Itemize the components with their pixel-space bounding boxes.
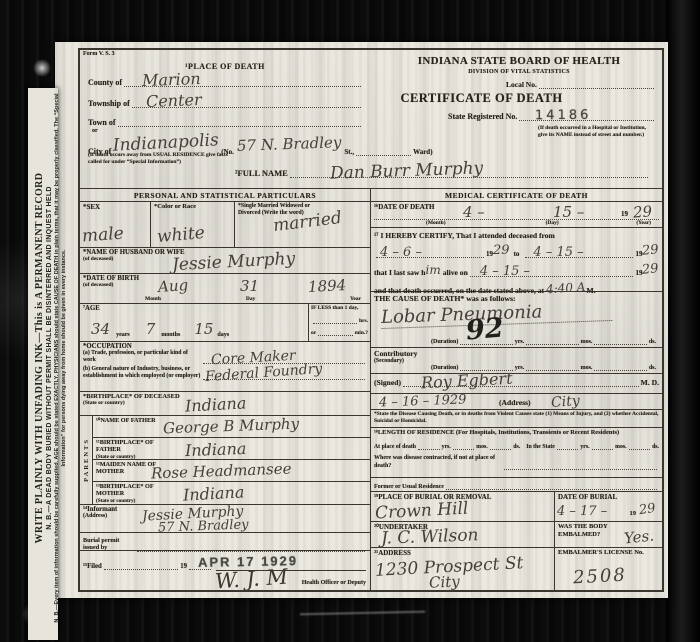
institution-note: (If death occurred in a Hospital or Inst…	[538, 125, 656, 139]
division-title: DIVISION OF VITAL STATISTICS	[378, 69, 660, 75]
duration-yrs: yrs.	[515, 339, 525, 345]
ward-label: Ward)	[413, 148, 432, 156]
attended-from-dots: 4 – 6 –	[376, 248, 484, 258]
days-label: days	[217, 332, 229, 338]
res-dots1	[418, 440, 440, 450]
father-value: George B Murphy	[163, 415, 300, 438]
township-value: Center	[145, 90, 201, 111]
county-label: County of	[88, 78, 122, 87]
state-yrs: yrs.	[580, 444, 589, 450]
place-of-death-title: ¹PLACE OF DEATH	[105, 62, 345, 71]
medical-title: MEDICAL CERTIFICATE OF DEATH	[371, 189, 662, 202]
to-label: to	[514, 250, 520, 258]
occupation-row: *OCCUPATION (a) Trade, profession, or pa…	[80, 342, 370, 392]
last-saw-fill: im	[425, 263, 440, 277]
if-less-cell: IF LESS than 1 day, hrs. or min.?	[308, 304, 370, 341]
former-dots	[446, 480, 657, 490]
former-label: Former or Usual Residence	[374, 484, 444, 490]
filed-line: ¹⁵Filed 19	[83, 560, 213, 570]
dod-sublabels: (Month) (Day) (Year)	[374, 219, 659, 226]
dob-sublabels: Month Day Year	[83, 296, 367, 302]
md-label: M. D.	[641, 378, 659, 387]
footnote-row: *State the Disease Causing Death, or in …	[371, 410, 662, 428]
occupation-b-label: (b) General nature of Industry, business…	[83, 366, 201, 380]
county-line: Marion	[124, 77, 361, 87]
attended-to-value: 4 – 15 –	[533, 245, 583, 260]
microfilm-right-edge	[666, 0, 700, 642]
township-row: Township of Center	[88, 98, 363, 108]
contrib-ds: ds.	[649, 365, 656, 371]
attended-from-value: 4 – 6 –	[380, 245, 422, 260]
signed-dots: Roy Egbert	[403, 377, 639, 387]
age-months-value: 7	[146, 320, 156, 338]
medical-column: MEDICAL CERTIFICATE OF DEATH ¹⁶DATE OF D…	[371, 189, 662, 592]
mother-value: Rose Headmansee	[151, 460, 292, 483]
res-dots5	[592, 440, 614, 450]
res-dots2	[453, 440, 475, 450]
res-dots6	[629, 440, 651, 450]
township-line: Center	[132, 98, 361, 108]
residence-label: ¹⁸LENGTH OF RESIDENCE (For Hospitals, In…	[374, 429, 659, 437]
or-label: or	[311, 330, 316, 336]
date-of-death-row: ¹⁶DATE OF DEATH 4 – 15 – 19 29 (Month) (…	[371, 202, 662, 228]
occupation-a-line: (a) Trade, profession, or particular kin…	[83, 350, 367, 364]
license-cell: EMBALMER'S LICENSE No. 2508	[554, 548, 662, 590]
license-label: EMBALMER'S LICENSE No.	[558, 549, 659, 557]
state-registered-line: 14186	[519, 111, 654, 121]
embalmed-value: Yes.	[623, 526, 655, 547]
duration-dots2	[526, 335, 578, 345]
street-value: 57 N. Bradley	[237, 133, 342, 155]
age-days-value: 15	[194, 320, 213, 338]
father-label: ¹⁰NAME OF FATHER	[96, 417, 158, 424]
dod-day-label: (Day)	[546, 220, 559, 226]
dob-row: *DATE OF BIRTH (of deceased) Aug 31 1894…	[80, 274, 370, 304]
in-state-label: In the State	[526, 444, 555, 450]
occupation-b-dots: Federal Foundry	[203, 370, 365, 380]
race-cell: *Color or Race white	[150, 202, 234, 247]
age-row: ⁷AGE 34 years 7 months 15 days IF LESS t…	[80, 304, 370, 342]
residence-duration-line: At place of death yrs. mos. ds. In the S…	[374, 440, 659, 450]
personal-title: PERSONAL AND STATISTICAL PARTICULARS	[80, 189, 370, 202]
burial-date-value: 4 – 17 –	[557, 504, 607, 519]
dod-month-label: (Month)	[426, 220, 446, 226]
res-mos: mos.	[476, 444, 487, 450]
contributory-row: Contributory (Secondary) (Duration) yrs.…	[371, 348, 662, 374]
father-birthplace-value: Indiana	[185, 439, 247, 460]
contrib-duration-label: (Duration)	[431, 365, 458, 371]
undertaker-cell: ²⁰UNDERTAKER J. C. Wilson	[371, 522, 554, 547]
town-label: Town of	[88, 118, 116, 127]
if-less-label: IF LESS than 1 day,	[311, 305, 368, 312]
state-mos: mos.	[615, 444, 626, 450]
embalmed-cell: WAS THE BODY EMBALMED? Yes.	[554, 522, 662, 547]
contributory-label: Contributory	[374, 349, 659, 358]
duration-mos: mos.	[581, 339, 593, 345]
year-label: Year	[350, 296, 361, 302]
physician-signature: Roy Egbert	[421, 369, 513, 393]
undertaker-address2-value: City	[429, 572, 461, 592]
res-dots4	[557, 440, 579, 450]
father-birthplace-row: ¹¹BIRTHPLACE* OF FATHER (State or countr…	[93, 438, 370, 460]
full-name-line: Dan Burr Murphy	[290, 168, 648, 178]
hrs-dots	[313, 314, 357, 324]
signed-label: (Signed)	[374, 378, 401, 387]
margin-warning-line2: N. B.—A DEAD BODY BURIED WITHOUT PERMIT …	[46, 88, 53, 628]
min-line: or min.?	[311, 326, 368, 336]
min-label: min.?	[355, 330, 368, 336]
burial-date-cell: DATE OF BURIAL 4 – 17 – 19 29	[554, 492, 662, 521]
age-values-line: 34 years 7 months 15 days	[83, 320, 305, 338]
duration-dots1	[460, 335, 512, 345]
margin-warning-line1: WRITE PLAINLY WITH UNFADING INK—This is …	[34, 88, 45, 628]
board-block: INDIANA STATE BOARD OF HEALTH DIVISION O…	[378, 55, 660, 139]
local-no-label: Local No.	[506, 80, 537, 89]
sex-value: male	[81, 224, 124, 247]
contrib-mos: mos.	[581, 365, 593, 371]
mother-row: ¹²MAIDEN NAME OF MOTHER Rose Headmansee	[93, 460, 370, 482]
full-name-label: ²FULL NAME	[235, 168, 288, 178]
signed-line: (Signed) Roy Egbert M. D.	[374, 377, 659, 387]
film-scratch	[300, 611, 425, 616]
sex-label: *SEX	[83, 203, 147, 211]
local-no-line	[539, 79, 654, 89]
race-value: white	[156, 223, 205, 247]
alive-on-label: alive on	[443, 268, 468, 277]
state-registered-row: State Registered No. 14186	[448, 111, 656, 121]
full-name-row: ²FULL NAME Dan Burr Murphy	[235, 168, 650, 178]
alive-dots: 4 – 15 –	[470, 267, 634, 277]
contracted-line: Where was disease contracted, if not at …	[374, 455, 659, 470]
sign-address-value: City	[550, 393, 580, 411]
birthplace-value: Indiana	[185, 393, 247, 415]
filed-row: ¹⁵Filed 19 APR 17 1929 W. J. M Health Of…	[80, 551, 370, 592]
burial-19: 19	[630, 510, 637, 517]
county-value: Marion	[142, 69, 201, 90]
parents-side-label: PARENTS	[80, 416, 93, 504]
cause-of-death-row: THE CAUSE OF DEATH* was as follows: Loba…	[371, 292, 662, 348]
date-of-death-label: ¹⁶DATE OF DEATH	[374, 203, 659, 211]
embalmed-label: WAS THE BODY EMBALMED?	[558, 523, 618, 539]
day-label: Day	[246, 296, 255, 302]
burial-year-value: 29	[638, 501, 656, 518]
occupation-a-label: (a) Trade, profession, or particular kin…	[83, 350, 201, 364]
usual-residence-note: (If death occurs away from USUAL RESIDEN…	[88, 152, 230, 166]
attended-from-19: 19	[486, 250, 493, 258]
min-dots	[318, 326, 353, 336]
town-line	[118, 117, 362, 127]
dod-year-label: (Year)	[636, 220, 651, 226]
undertaker-address-row: ²¹ADDRESS 1230 Prospect St City EMBALMER…	[371, 548, 662, 590]
state-registered-number: 14186	[535, 108, 591, 123]
contracted-dots	[504, 460, 657, 470]
duration-ds: ds.	[649, 339, 656, 345]
occupation-label: *OCCUPATION	[83, 343, 367, 350]
contrib-yrs: yrs.	[515, 365, 525, 371]
former-line: Former or Usual Residence	[374, 480, 659, 490]
personal-column: PERSONAL AND STATISTICAL PARTICULARS *SE…	[80, 189, 371, 592]
contrib-dots2	[526, 361, 578, 371]
margin-warning-line3: N. B.—Every item of information should b…	[54, 88, 68, 628]
last-saw-line: that I last saw h im alive on 4 – 15 – 1…	[374, 262, 659, 277]
signed-row: (Signed) Roy Egbert M. D.	[371, 374, 662, 394]
duration-dots3	[594, 335, 646, 345]
race-label: *Color or Race	[154, 203, 231, 210]
hrs-line: hrs.	[311, 314, 368, 324]
dob-day-value: 31	[240, 277, 259, 295]
res-ds: ds.	[513, 444, 520, 450]
sign-address-label: (Address)	[499, 398, 531, 407]
filed-label: ¹⁵Filed	[83, 563, 102, 570]
attended-to-dots: 4 – 15 –	[525, 248, 633, 258]
months-label: months	[161, 332, 180, 338]
cause-footnote: *State the Disease Causing Death, or in …	[374, 411, 659, 425]
license-value: 2508	[572, 565, 627, 589]
burial-row: ¹⁹PLACE OF BURIAL OR REMOVAL Crown Hill …	[371, 492, 662, 522]
age-label: ⁷AGE	[83, 305, 305, 312]
dob-month-value: Aug	[157, 276, 188, 296]
full-name-value: Dan Burr Murphy	[330, 158, 484, 183]
father-row: ¹⁰NAME OF FATHER George B Murphy	[93, 416, 370, 438]
officer-signature-line: Health Officer or Deputy	[216, 570, 366, 589]
res-dots3	[490, 440, 512, 450]
town-row: Town of	[88, 117, 363, 127]
dob-year-value: 1894	[308, 276, 347, 296]
local-no-row: Local No.	[506, 79, 656, 89]
mother-birthplace-row: ¹³BIRTHPLACE* OF MOTHER (State or countr…	[93, 482, 370, 504]
informant-row: ¹⁴Informant (Address) Jessie Murphy 57 N…	[80, 505, 370, 533]
dod-19: 19	[621, 210, 628, 218]
form-number: Form V. S. 3	[83, 51, 115, 57]
mother-birthplace-value: Indiana	[183, 482, 245, 504]
residence-block: ¹⁸LENGTH OF RESIDENCE (For Hospitals, In…	[371, 428, 662, 478]
ward-line	[356, 146, 411, 156]
alive-year-value: 29	[642, 261, 660, 278]
at-place-label: At place of death	[374, 444, 416, 450]
burial-permit-row: Burial permit issued by	[80, 533, 370, 551]
parents-group: PARENTS ¹⁰NAME OF FATHER George B Murphy…	[80, 416, 370, 505]
father-birthplace-label: ¹¹BIRTHPLACE* OF FATHER	[96, 439, 166, 454]
month-label: Month	[145, 296, 161, 302]
contrib-dots3	[594, 361, 646, 371]
parents-rows: ¹⁰NAME OF FATHER George B Murphy ¹¹BIRTH…	[93, 416, 370, 504]
last-saw-label: that I last saw h	[374, 268, 425, 277]
occupation-a-dots: Core Maker	[203, 354, 365, 364]
certify-label: ¹⁷ I HEREBY CERTIFY, That I attended dec…	[374, 231, 659, 240]
hrs-label: hrs.	[359, 318, 368, 324]
marital-cell: *Single Married Widowed or Divorced (Wri…	[234, 202, 370, 247]
former-residence-row: Former or Usual Residence	[371, 478, 662, 492]
certificate-title: CERTIFICATE OF DEATH	[378, 91, 660, 106]
burial-place-cell: ¹⁹PLACE OF BURIAL OR REMOVAL Crown Hill	[371, 492, 554, 521]
sign-date-value: 4 – 16 – 1929	[379, 392, 467, 410]
state-ds: ds.	[652, 444, 659, 450]
filed-dots	[104, 560, 178, 570]
sex-race-marital-row: *SEX male *Color or Race white *Single M…	[80, 202, 370, 248]
state-registered-label: State Registered No.	[448, 112, 517, 121]
st-label: St.,	[344, 148, 354, 156]
sex-cell: *SEX male	[80, 202, 150, 247]
cause-duration-line: (Duration) yrs. mos. ds.	[431, 335, 656, 345]
or-label: or	[92, 128, 98, 134]
burial-place-value: Crown Hill	[375, 499, 469, 524]
undertaker-address-cell: ²¹ADDRESS 1230 Prospect St City	[371, 548, 554, 590]
county-row: County of Marion	[88, 77, 363, 87]
form-header: Form V. S. 3 ¹PLACE OF DEATH County of M…	[80, 50, 662, 189]
years-label: years	[116, 332, 130, 338]
occupation-b-line: (b) General nature of Industry, business…	[83, 366, 367, 380]
contracted-label: Where was disease contracted, if not at …	[374, 455, 502, 470]
parents-label-text: PARENTS	[83, 438, 90, 482]
alive-date-value: 4 – 15 –	[480, 264, 530, 279]
attended-from-year: 29	[493, 243, 510, 258]
form-body: PERSONAL AND STATISTICAL PARTICULARS *SE…	[80, 189, 662, 592]
res-yrs: yrs.	[442, 444, 451, 450]
burial-permit-line: Burial permit issued by	[83, 537, 367, 552]
age-main-cell: ⁷AGE 34 years 7 months 15 days	[80, 304, 308, 341]
contributory-duration-line: (Duration) yrs. mos. ds.	[431, 361, 656, 371]
undertaker-value: J. C. Wilson	[381, 525, 479, 548]
board-title: INDIANA STATE BOARD OF HEALTH	[378, 55, 660, 67]
mother-birthplace-label: ¹³BIRTHPLACE* OF MOTHER	[96, 483, 166, 498]
sign-date-row: 4 – 16 – 1929 (Address) City	[371, 394, 662, 410]
filed-19: 19	[180, 563, 187, 570]
certificate-form: Form V. S. 3 ¹PLACE OF DEATH County of M…	[78, 48, 664, 592]
mother-label: ¹²MAIDEN NAME OF MOTHER	[96, 461, 158, 476]
township-label: Township of	[88, 99, 130, 108]
birthplace-row: *BIRTHPLACE* OF DECEASED (State or count…	[80, 392, 370, 416]
burial-permit-label: Burial permit issued by	[83, 537, 135, 552]
age-years-value: 34	[91, 320, 110, 338]
officer-label: Health Officer or Deputy	[302, 580, 366, 586]
undertaker-row: ²⁰UNDERTAKER J. C. Wilson WAS THE BODY E…	[371, 522, 662, 548]
certify-block: ¹⁷ I HEREBY CERTIFY, That I attended dec…	[371, 228, 662, 292]
duration-label: (Duration)	[431, 339, 458, 345]
attended-to-year: 29	[642, 242, 660, 258]
spouse-row: *NAME OF HUSBAND OR WIFE (of deceased) J…	[80, 248, 370, 274]
attended-line: 4 – 6 – 19 29 to 4 – 15 – 19 29	[374, 243, 659, 258]
burial-date-label: DATE OF BURIAL	[558, 493, 659, 501]
